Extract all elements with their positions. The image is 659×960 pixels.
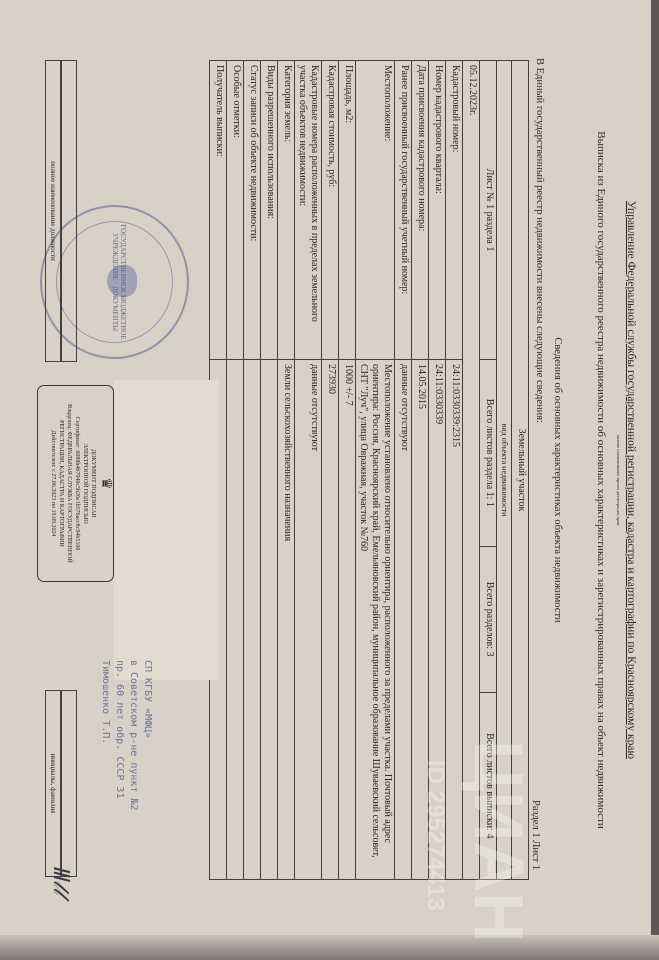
table-row: Статус записи об объекте недвижимости: <box>244 61 261 880</box>
esign-title-1: ДОКУМЕНТ ПОДПИСАН <box>89 386 97 581</box>
document-subtitle: Сведения об основных характеристиках объ… <box>552 0 563 960</box>
table-row: Виды разрешенного использования: <box>261 61 278 880</box>
field-label: Номер кадастрового квартала: <box>429 61 446 360</box>
esign-owner-2: РЕГИСТРАЦИИ, КАДАСТРА И КАРТОГРАФИИ <box>57 386 65 581</box>
watermark-id: ID 295274413 <box>421 760 449 911</box>
field-label: Местоположение: <box>356 61 395 360</box>
table-row: Площадь, м2: 1000 +/- 7 <box>339 61 356 880</box>
field-value <box>261 360 278 880</box>
field-label: Ранее присвоенный государственный учетны… <box>395 61 412 360</box>
field-label: Категория земель: <box>278 61 295 360</box>
table-row: Номер кадастрового квартала: 24:11:03303… <box>429 61 446 880</box>
table-row: Ранее присвоенный государственный учетны… <box>395 61 412 880</box>
object-type: Земельный участок <box>516 429 527 512</box>
agency-caption: полное наименование органа регистрации п… <box>616 0 621 960</box>
esign-title-2: ЭЛЕКТРОННОЙ ПОДПИСЬЮ <box>81 386 89 581</box>
field-value: 273930 <box>322 360 339 880</box>
esign-owner: Владелец: ФЕДЕРАЛЬНАЯ СЛУЖБА ГОСУДАРСТВЕ… <box>65 386 73 581</box>
position-caption: полное наименование должности <box>45 60 61 362</box>
pasted-paper-patch <box>114 380 219 680</box>
sections-total: Всего разделов: 3 <box>480 546 497 692</box>
agency-name: Управление Федеральной службы государств… <box>625 0 637 960</box>
intro-text: В Единый государственный реестр недвижим… <box>534 58 545 423</box>
seal-text: ГОСУДАРСТВЕННОЕ БЮДЖЕТНОЕ УЧРЕЖДЕНИЕ · Д… <box>111 207 127 357</box>
field-label: Получатель выписки: <box>210 61 227 360</box>
mfc-stamp-line: СП КГБУ «МФЦ» <box>140 660 154 840</box>
table-row: Особые отметки: <box>227 61 244 880</box>
field-value: 1000 +/- 7 <box>339 360 356 880</box>
table-row: Категория земель: Земли сельскохозяйстве… <box>278 61 295 880</box>
document-page: Управление Федеральной службы государств… <box>0 0 659 960</box>
table-row: Местоположение: Местоположение установле… <box>356 61 395 880</box>
field-label: Дата присвоения кадастрового номера: <box>412 61 429 360</box>
field-label: Площадь, м2: <box>339 61 356 360</box>
mfc-stamp-line: в Советском р-не пункт №2 <box>126 660 140 840</box>
eagle-emblem-icon: ♛ <box>97 386 113 581</box>
mfc-stamp-line: пр. 60 лет обр. СССР 31 <box>112 660 126 840</box>
field-value <box>227 360 244 880</box>
field-label: Кадастровая стоимость, руб: <box>322 61 339 360</box>
sheets-in-section: Всего листов раздела 1: 1 <box>480 360 497 547</box>
field-value: Местоположение установлено относительно … <box>356 360 395 880</box>
position-line <box>61 60 77 362</box>
sheet-number: Лист № 1 раздела 1 <box>480 61 497 360</box>
mfc-stamp: СП КГБУ «МФЦ» в Советском р-не пункт №2 … <box>98 660 154 840</box>
table-row: Кадастровая стоимость, руб: 273930 <box>322 61 339 880</box>
field-label: Виды разрешенного использования: <box>261 61 278 360</box>
field-label: Особые отметки: <box>227 61 244 360</box>
field-value: данные отсутствуют <box>395 360 412 880</box>
table-row: Кадастровые номера расположенных в преде… <box>295 61 322 880</box>
table-row: Дата присвоения кадастрового номера: 14.… <box>412 61 429 880</box>
esign-cert: Сертификат: 0088b4b7940c5b26e1b576acc8c9… <box>73 386 81 581</box>
field-value: Земли сельскохозяйственного назначения <box>278 360 295 880</box>
field-label: Статус записи об объекте недвижимости: <box>244 61 261 360</box>
document-title: Выписка из Единого государственного реес… <box>595 0 607 960</box>
esign-valid: Действителен: с 27.06.2023 по 19.09.2024 <box>49 386 57 581</box>
field-label: Кадастровый номер: <box>446 61 463 360</box>
field-value: данные отсутствуют <box>295 360 322 880</box>
mfc-stamp-line: Тимошенко Т.П. <box>98 660 112 840</box>
electronic-signature-stamp: ♛ ДОКУМЕНТ ПОДПИСАН ЭЛЕКТРОННОЙ ПОДПИСЬЮ… <box>37 385 114 582</box>
watermark-logo: ЦИАН <box>459 740 539 943</box>
field-label: Кадастровые номера расположенных в преде… <box>295 61 322 360</box>
handwritten-signature: Ⅲ𝓁𝓁 <box>48 865 74 895</box>
name-line <box>61 690 77 877</box>
name-caption: инициалы, фамилия <box>45 690 61 877</box>
field-value <box>244 360 261 880</box>
